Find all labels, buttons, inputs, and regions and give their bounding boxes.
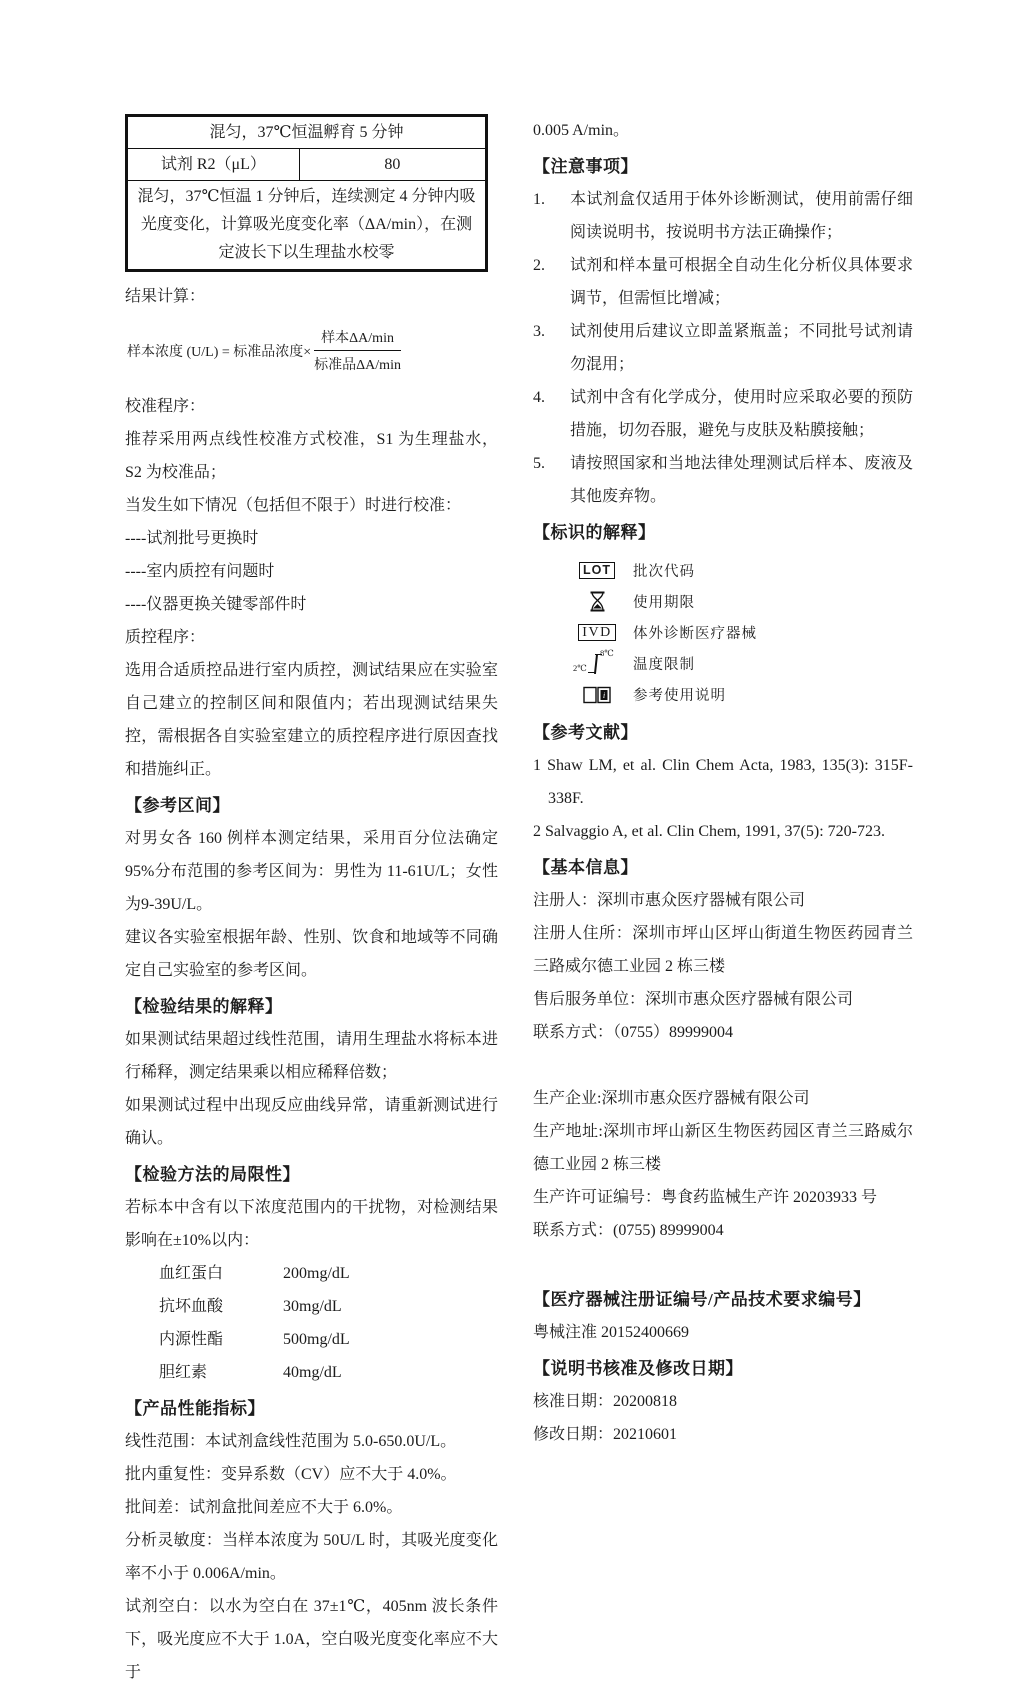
- section-symbols: 【标识的解释】: [533, 516, 913, 549]
- result-interp-p2: 如果测试过程中出现反应曲线异常，请重新测试进行确认。: [125, 1089, 498, 1155]
- limitations-p1: 若标本中含有以下浓度范围内的干扰物，对检测结果影响在±10%以内：: [125, 1191, 498, 1257]
- interferent-name: 血红蛋白: [159, 1257, 283, 1290]
- formula-numerator: 样本ΔA/min: [314, 327, 401, 351]
- temperature-limit-icon: 8℃ 2℃: [578, 649, 616, 679]
- precaution-text: 试剂中含有化学成分，使用时应采取必要的预防措施，切勿吞服，避免与皮肤及粘膜接触；: [570, 381, 913, 447]
- interferent-name: 抗坏血酸: [159, 1290, 283, 1323]
- symbol-label: 使用期限: [633, 591, 695, 612]
- temperature-high-label: 8℃: [600, 648, 614, 659]
- precaution-number: 1.: [533, 183, 570, 249]
- precaution-text: 请按照国家和当地法律处理测试后样本、废液及其他废弃物。: [570, 447, 913, 513]
- calibration-p1: 推荐采用两点线性校准方式校准，S1 为生理盐水，S2 为校准品；: [125, 423, 498, 489]
- hourglass-icon: [588, 591, 607, 612]
- table-incubation-row: 混匀，37℃恒温孵育 5 分钟: [127, 116, 487, 149]
- section-approval-dates: 【说明书核准及修改日期】: [533, 1352, 913, 1385]
- manufacturing-address: 生产地址:深圳市坪山新区生物医药园区青兰三路威尔德工业园 2 栋三楼: [533, 1115, 913, 1181]
- interferent-row: 血红蛋白 200mg/dL: [125, 1257, 498, 1290]
- symbol-label: 温度限制: [633, 653, 695, 674]
- interferent-value: 30mg/dL: [283, 1290, 342, 1323]
- calibration-p2: 当发生如下情况（包括但不限于）时进行校准：: [125, 489, 498, 522]
- manufacturer-contact: 联系方式：(0755) 89999004: [533, 1214, 913, 1247]
- precaution-item: 2. 试剂和样本量可根据全自动生化分析仪具体要求调节，但需恒比增减；: [533, 249, 913, 315]
- lot-icon: LOT: [579, 562, 615, 579]
- qc-p1: 选用合适质控品进行室内质控，测试结果应在实验室自己建立的控制区间和限值内；若出现…: [125, 654, 498, 786]
- performance-blank: 试剂空白：以水为空白在 37±1℃，405nm 波长条件下，吸光度应不大于 1.…: [125, 1590, 498, 1689]
- symbol-label: 批次代码: [633, 560, 695, 581]
- production-license: 生产许可证编号：粤食药监械生产许 20203933 号: [533, 1181, 913, 1214]
- registration-number: 粤械注准 20152400669: [533, 1316, 913, 1349]
- calibration-title: 校准程序：: [125, 390, 498, 423]
- section-basic-info: 【基本信息】: [533, 851, 913, 884]
- symbol-label: 参考使用说明: [633, 684, 726, 705]
- precaution-item: 3. 试剂使用后建议立即盖紧瓶盖；不同批号试剂请勿混用；: [533, 315, 913, 381]
- spacer: [533, 1247, 913, 1280]
- contact-info: 联系方式：（0755）89999004: [533, 1016, 913, 1049]
- precaution-item: 1. 本试剂盒仅适用于体外诊断测试，使用前需仔细阅读说明书，按说明书方法正确操作…: [533, 183, 913, 249]
- symbol-row-expiry: 使用期限: [561, 586, 913, 617]
- interferent-row: 抗坏血酸 30mg/dL: [125, 1290, 498, 1323]
- reference-2: 2 Salvaggio A, et al. Clin Chem, 1991, 3…: [533, 815, 913, 848]
- result-calc-label: 结果计算：: [125, 280, 498, 313]
- symbol-label: 体外诊断医疗器械: [633, 622, 757, 643]
- precaution-text: 本试剂盒仅适用于体外诊断测试，使用前需仔细阅读说明书，按说明书方法正确操作；: [570, 183, 913, 249]
- formula-denominator: 标准品ΔA/min: [314, 351, 401, 374]
- performance-linearity: 线性范围：本试剂盒线性范围为 5.0-650.0U/L。: [125, 1425, 498, 1458]
- approval-date: 核准日期：20200818: [533, 1385, 913, 1418]
- performance-lot-difference: 批间差：试剂盒批间差应不大于 6.0%。: [125, 1491, 498, 1524]
- section-registration-number: 【医疗器械注册证编号/产品技术要求编号】: [533, 1283, 913, 1316]
- table-measure-note: 混匀，37℃恒温 1 分钟后，连续测定 4 分钟内吸光度变化，计算吸光度变化率（…: [127, 181, 487, 271]
- ref-interval-p2: 建议各实验室根据年龄、性别、饮食和地域等不同确定自己实验室的参考区间。: [125, 921, 498, 987]
- concentration-formula: 样本浓度 (U/L) = 标准品浓度× 样本ΔA/min 标准品ΔA/min: [127, 327, 498, 374]
- section-ref-interval: 【参考区间】: [125, 789, 498, 822]
- calibration-item: ----仪器更换关键零部件时: [125, 588, 498, 621]
- right-column: 0.005 A/min。 【注意事项】 1. 本试剂盒仅适用于体外诊断测试，使用…: [533, 114, 913, 1451]
- calibration-item: ----试剂批号更换时: [125, 522, 498, 555]
- calibration-item: ----室内质控有问题时: [125, 555, 498, 588]
- formula-prefix: 样本浓度 (U/L) = 标准品浓度×: [127, 341, 311, 361]
- symbol-row-lot: LOT 批次代码: [561, 555, 913, 586]
- symbols-legend: LOT 批次代码 使用期限 IVD 体外诊断医疗器械: [561, 555, 913, 710]
- ivd-icon: IVD: [578, 624, 615, 641]
- section-result-interpretation: 【检验结果的解释】: [125, 990, 498, 1023]
- section-performance: 【产品性能指标】: [125, 1392, 498, 1425]
- result-interp-p1: 如果测试结果超过线性范围，请用生理盐水将标本进行稀释，测定结果乘以相应稀释倍数；: [125, 1023, 498, 1089]
- interferent-value: 40mg/dL: [283, 1356, 342, 1389]
- table-reagent-label: 试剂 R2（μL）: [127, 149, 300, 181]
- precaution-number: 4.: [533, 381, 570, 447]
- precaution-text: 试剂使用后建议立即盖紧瓶盖；不同批号试剂请勿混用；: [570, 315, 913, 381]
- precaution-number: 3.: [533, 315, 570, 381]
- table-reagent-value: 80: [299, 149, 486, 181]
- spacer: [533, 1049, 913, 1082]
- section-references: 【参考文献】: [533, 716, 913, 749]
- performance-sensitivity: 分析灵敏度：当样本浓度为 50U/L 时，其吸光度变化率不小于 0.006A/m…: [125, 1524, 498, 1590]
- symbol-row-temperature: 8℃ 2℃ 温度限制: [561, 648, 913, 679]
- left-column: 混匀，37℃恒温孵育 5 分钟 试剂 R2（μL） 80 混匀，37℃恒温 1 …: [125, 114, 498, 1689]
- consult-instructions-icon: i: [582, 685, 612, 705]
- interferent-value: 500mg/dL: [283, 1323, 350, 1356]
- interferent-row: 内源性酯 500mg/dL: [125, 1323, 498, 1356]
- symbol-row-ivd: IVD 体外诊断医疗器械: [561, 617, 913, 648]
- symbol-row-consult-ifu: i 参考使用说明: [561, 679, 913, 710]
- temperature-low-label: 2℃: [573, 663, 587, 674]
- revision-date: 修改日期：20210601: [533, 1418, 913, 1451]
- ref-interval-p1: 对男女各 160 例样本测定结果，采用百分位法确定 95%分布范围的参考区间为：…: [125, 822, 498, 921]
- precaution-number: 5.: [533, 447, 570, 513]
- after-sales-unit: 售后服务单位：深圳市惠众医疗器械有限公司: [533, 983, 913, 1016]
- reference-1: 1 Shaw LM, et al. Clin Chem Acta, 1983, …: [533, 749, 913, 815]
- section-precautions: 【注意事项】: [533, 150, 913, 183]
- qc-title: 质控程序：: [125, 621, 498, 654]
- section-method-limitations: 【检验方法的局限性】: [125, 1158, 498, 1191]
- performance-repeatability: 批内重复性：变异系数（CV）应不大于 4.0%。: [125, 1458, 498, 1491]
- registrant-address: 注册人住所：深圳市坪山区坪山街道生物医药园青兰三路威尔德工业园 2 栋三楼: [533, 917, 913, 983]
- formula-fraction: 样本ΔA/min 标准品ΔA/min: [314, 327, 401, 374]
- precaution-text: 试剂和样本量可根据全自动生化分析仪具体要求调节，但需恒比增减；: [570, 249, 913, 315]
- procedure-table: 混匀，37℃恒温孵育 5 分钟 试剂 R2（μL） 80 混匀，37℃恒温 1 …: [125, 114, 488, 272]
- interferent-row: 胆红素 40mg/dL: [125, 1356, 498, 1389]
- registrant: 注册人：深圳市惠众医疗器械有限公司: [533, 884, 913, 917]
- blank-rate-continuation: 0.005 A/min。: [533, 114, 913, 147]
- manufacturer: 生产企业:深圳市惠众医疗器械有限公司: [533, 1082, 913, 1115]
- precaution-item: 4. 试剂中含有化学成分，使用时应采取必要的预防措施，切勿吞服，避免与皮肤及粘膜…: [533, 381, 913, 447]
- interferent-name: 胆红素: [159, 1356, 283, 1389]
- precaution-number: 2.: [533, 249, 570, 315]
- precaution-item: 5. 请按照国家和当地法律处理测试后样本、废液及其他废弃物。: [533, 447, 913, 513]
- interferent-name: 内源性酯: [159, 1323, 283, 1356]
- interferent-value: 200mg/dL: [283, 1257, 350, 1290]
